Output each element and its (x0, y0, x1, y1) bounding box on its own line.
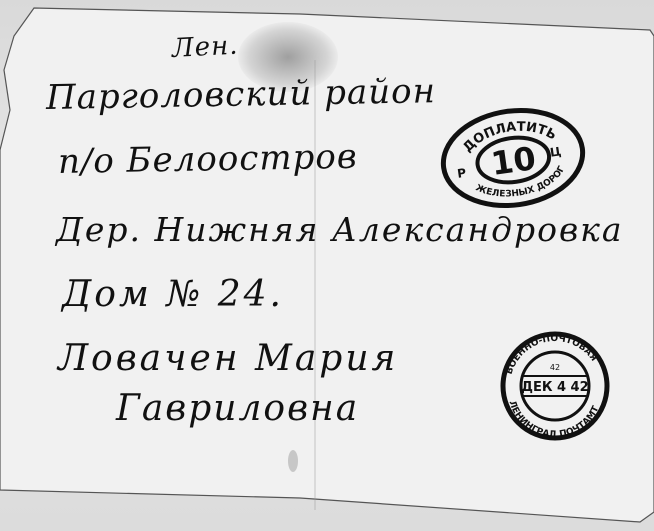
address-line-region-abbrev: Лен. (171, 31, 239, 64)
addressee-patronymic: Гавриловна (116, 388, 359, 429)
address-line-district: Парголовский район (46, 71, 437, 118)
svg-text:Р: Р (456, 166, 467, 181)
postage-due-stamp: ДОПЛАТИТЬ ЖЕЛЕЗНЫХ ДОРОГ 10 Ц Р (431, 96, 594, 220)
svg-text:ДЕК 4 42: ДЕК 4 42 (521, 380, 588, 395)
address-line-house: Дом № 24. (62, 274, 284, 315)
envelope: Лен. Парголовский район п/о Белоостров Д… (0, 0, 654, 531)
address-line-village: Дер. Нижняя Александровка (56, 210, 624, 249)
svg-text:42: 42 (550, 363, 560, 372)
postmark-stamp: ВОЕННО-ПОЧТОВАЯ ЛЕНИНГРАД ПОЧТАМТ ДЕК 4 … (496, 330, 614, 442)
address-line-post-office: п/о Белоостров (58, 137, 358, 182)
paper-fold (314, 60, 316, 510)
svg-text:Ц: Ц (549, 144, 562, 159)
svg-text:10: 10 (489, 139, 538, 183)
addressee-name: Ловачен Мария (58, 338, 398, 379)
stain-spot (288, 450, 298, 472)
